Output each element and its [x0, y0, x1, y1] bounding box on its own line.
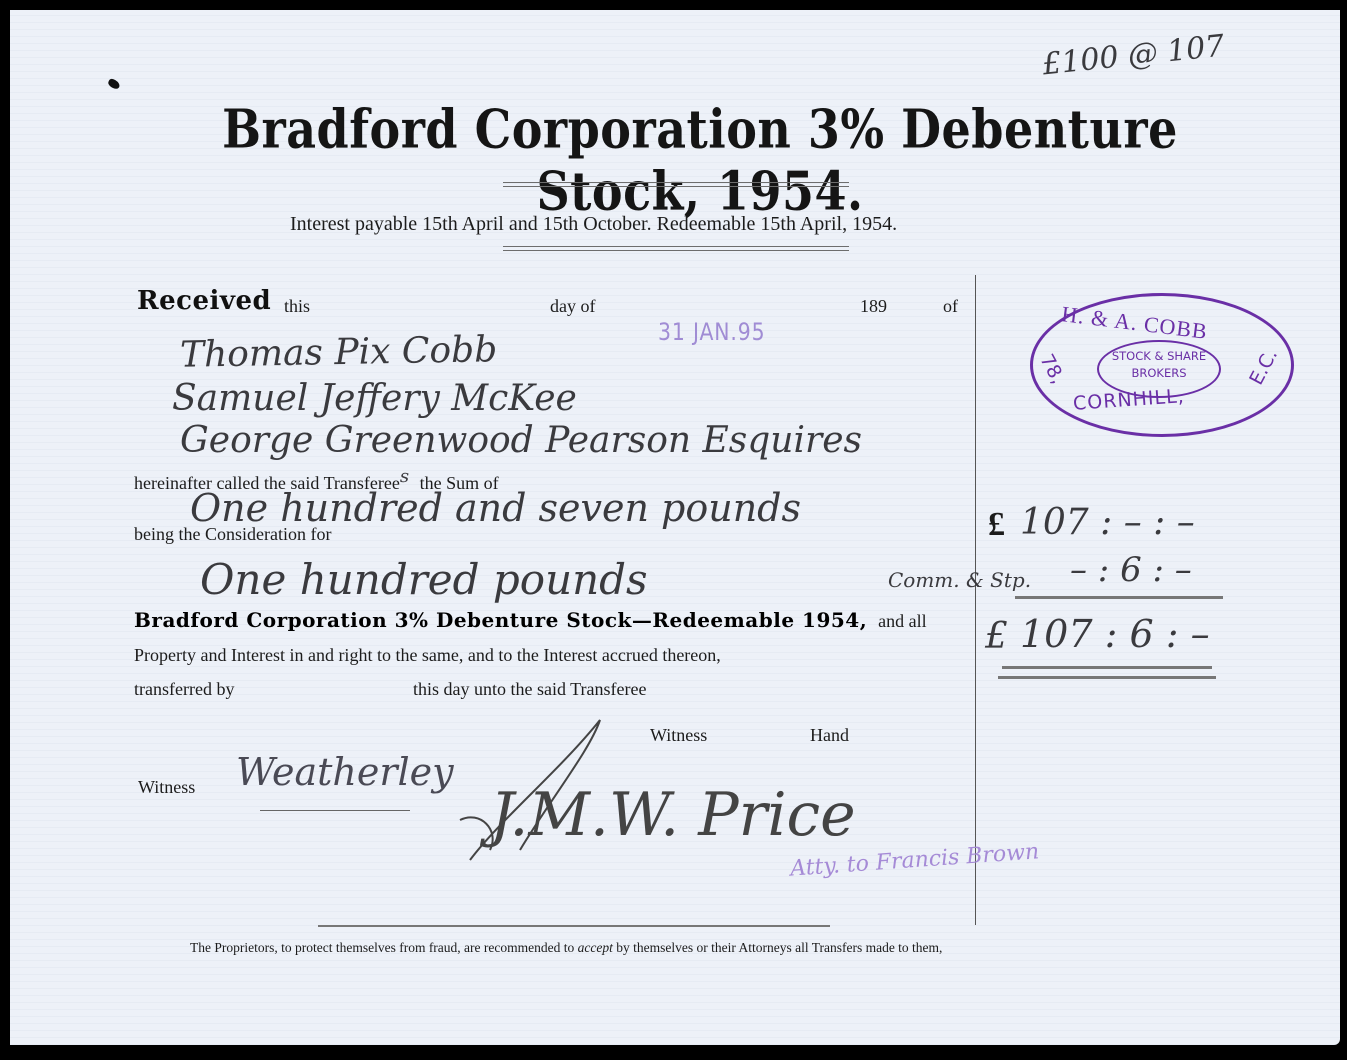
transferee-name-3: George Greenwood Pearson Esquires [180, 420, 862, 461]
witness-signature-underline [260, 810, 410, 811]
transferee-name-2: Samuel Jeffery McKee [172, 378, 577, 419]
footer-lead: The Proprietors, to protect themselves f… [190, 940, 574, 955]
subtotal-rule [1015, 596, 1223, 599]
day-of-label: day of [550, 296, 595, 317]
subtitle-divider [503, 246, 849, 247]
corner-note: £100 @ 107 [1041, 29, 1226, 83]
stock-words: One hundred pounds [200, 555, 648, 604]
total-amount: 107 : 6 : – [1020, 612, 1210, 656]
consideration-label: being the Consideration for [134, 524, 331, 545]
stamp-inner-line-1: STOCK & SHARE [1099, 348, 1219, 365]
witness-signature: Weatherley [236, 750, 454, 794]
stamp-address-number: 78, [1035, 350, 1069, 387]
stamp-inner-line-2: BROKERS [1099, 365, 1219, 382]
currency-symbol: £ [988, 506, 1005, 544]
stamp-firm-name: H. & A. COBB [1060, 301, 1209, 345]
footer-italic: accept [578, 940, 613, 955]
commission-label: Comm. & Stp. [888, 568, 1031, 592]
page-title: Bradford Corporation 3% Debenture Stock,… [170, 98, 1230, 222]
footer-tail: by themselves or their Attorneys all Tra… [616, 940, 942, 955]
stock-line-tail: and all [878, 611, 926, 631]
stock-line: Bradford Corporation 3% Debenture Stock—… [134, 608, 927, 633]
stamp-district: E.C. [1245, 345, 1282, 388]
of-label: of [943, 296, 958, 317]
date-stamp: 31 JAN.95 [658, 318, 765, 346]
witness-label-left: Witness [138, 777, 195, 798]
stamp-street: CORNHILL, [1072, 385, 1185, 415]
property-line: Property and Interest in and right to th… [134, 645, 721, 666]
title-divider-2 [503, 186, 849, 187]
transferred-by-label: transferred by [134, 679, 234, 700]
witness-label-right: Witness [650, 725, 707, 746]
total-symbol: £ [985, 616, 1008, 657]
received-label: Received [137, 286, 271, 316]
transfer-receipt-document: £100 @ 107 Bradford Corporation 3% Deben… [10, 10, 1340, 1045]
total-rule-2 [998, 676, 1216, 679]
transferee-name-1: Thomas Pix Cobb [180, 329, 498, 376]
broker-stamp: H. & A. COBB 78, STOCK & SHARE BROKERS C… [1030, 293, 1294, 437]
stock-line-name: Bradford Corporation 3% Debenture Stock—… [134, 608, 867, 632]
footer-text: The Proprietors, to protect themselves f… [190, 940, 942, 956]
subtitle: Interest payable 15th April and 15th Oct… [290, 213, 897, 236]
footer-divider [318, 925, 830, 927]
total-rule-1 [1002, 666, 1212, 669]
column-divider [975, 275, 976, 925]
hand-label: Hand [810, 725, 849, 746]
title-divider [503, 182, 849, 183]
transferor-signature: J.M.W. Price [490, 780, 856, 850]
this-label: this [284, 296, 310, 317]
consideration-amount: 107 : – : – [1020, 502, 1195, 543]
commission-amount: – : 6 : – [1070, 550, 1192, 590]
ink-blot [107, 78, 121, 91]
this-day-label: this day unto the said Transferee [413, 679, 646, 700]
subtitle-divider-2 [503, 250, 849, 251]
year-label: 189 [860, 296, 887, 317]
transferee-suffix: s [400, 466, 409, 487]
